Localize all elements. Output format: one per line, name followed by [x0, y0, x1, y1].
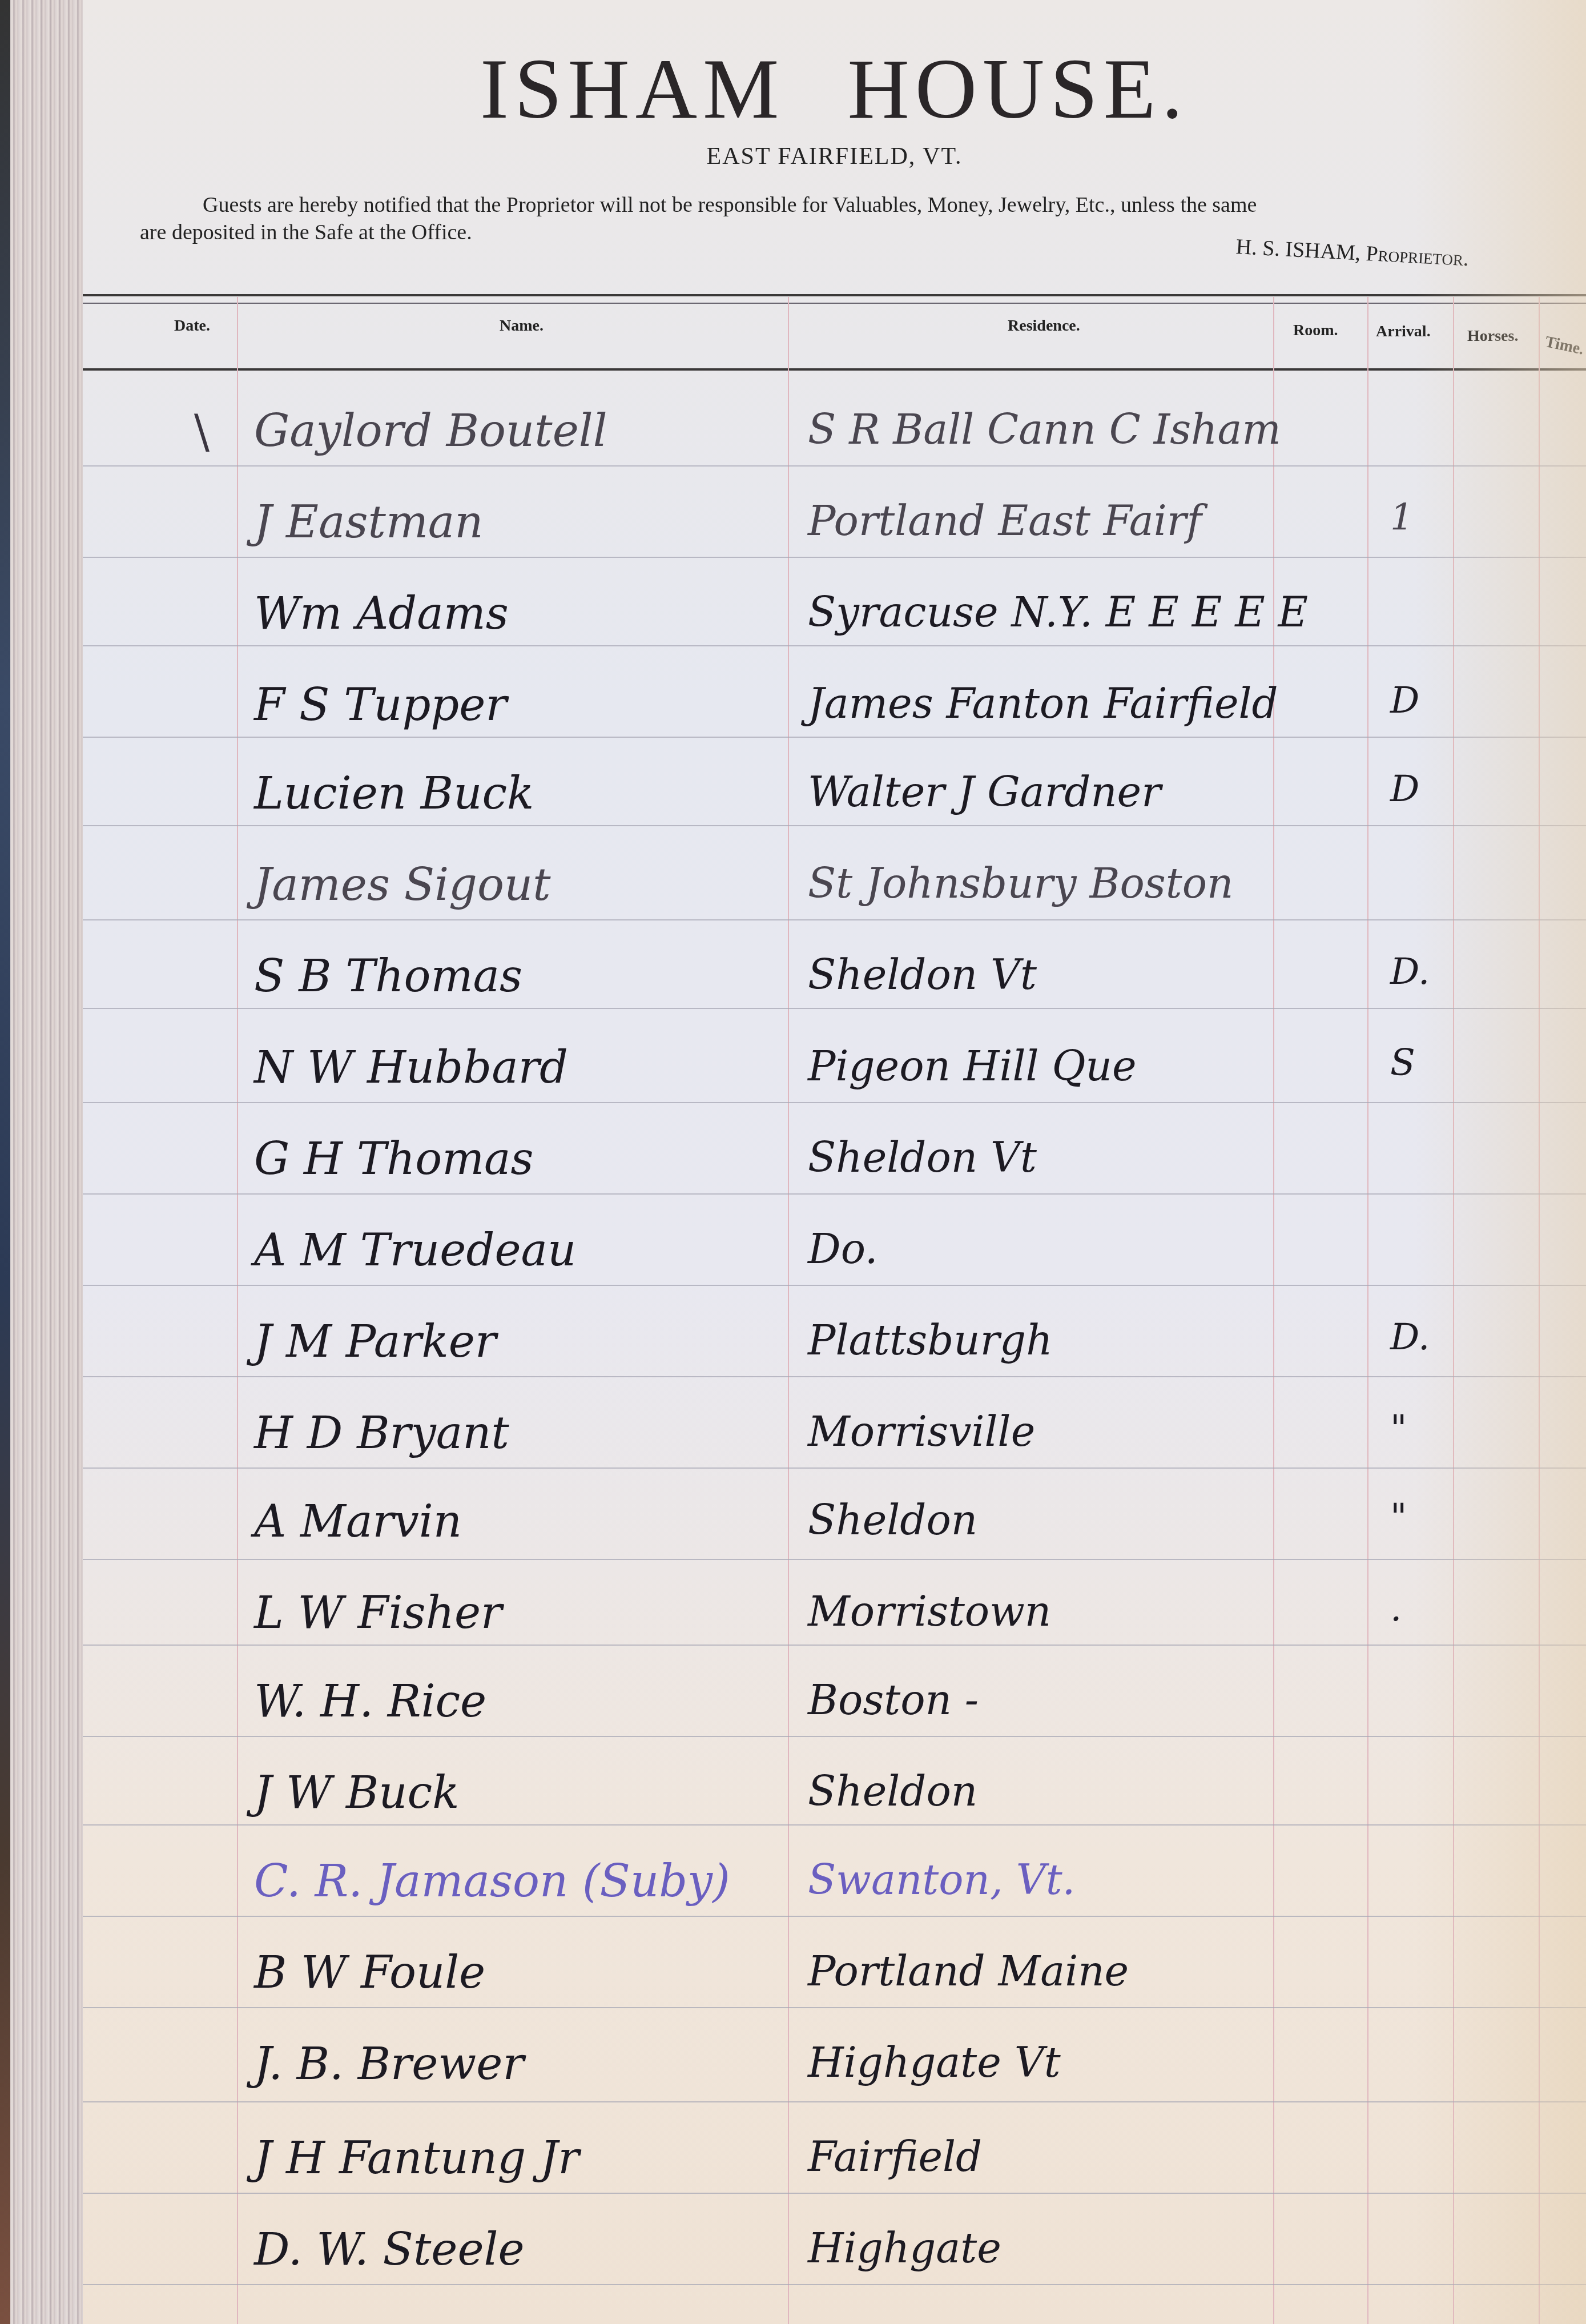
guest-name: L W Fisher — [254, 1587, 502, 1639]
guest-name: J. B. Brewer — [254, 2038, 524, 2090]
header-rule-bottom — [83, 368, 1586, 371]
guest-residence: Do. — [808, 1225, 878, 1273]
guest-residence: Pigeon Hill Que — [808, 1042, 1137, 1090]
guest-residence: S R Ball Cann C Isham — [808, 405, 1281, 453]
guest-residence: Portland East Fairf — [808, 497, 1202, 545]
register-page: ISHAMHOUSE. EAST FAIRFIELD, VT. Guests a… — [83, 0, 1586, 2324]
page-title: ISHAMHOUSE. — [83, 40, 1586, 138]
register-entry: D. W. Steele Highgate — [83, 2224, 1586, 2304]
guest-name: B W Foule — [254, 1947, 485, 1999]
guest-arrival: " — [1390, 1408, 1407, 1450]
register-entry: J Eastman Portland East Fairf 1 — [83, 497, 1586, 577]
guest-residence: Syracuse N.Y. E E E E E — [808, 588, 1308, 636]
guest-name: Lucien Buck — [254, 768, 534, 819]
register-entry: L W Fisher Morristown . — [83, 1587, 1586, 1667]
guest-residence: Plattsburgh — [808, 1316, 1053, 1364]
register-entry: H D Bryant Morrisville " — [83, 1408, 1586, 1487]
guest-residence: Sheldon Vt — [808, 951, 1037, 999]
header-rule-top — [83, 294, 1586, 296]
register-entry: Wm Adams Syracuse N.Y. E E E E E — [83, 588, 1586, 668]
guest-arrival: D. — [1390, 1316, 1430, 1358]
column-header-arrival: Arrival. — [1376, 323, 1431, 341]
guest-arrival: 1 — [1390, 497, 1414, 539]
guest-name: J H Fantung Jr — [254, 2133, 579, 2184]
guest-name: A M Truedeau — [254, 1225, 576, 1276]
register-entry: J M Parker Plattsburgh D. — [83, 1316, 1586, 1396]
column-header-residence: Residence. — [1008, 317, 1080, 335]
guest-arrival: . — [1390, 1587, 1402, 1630]
guest-residence: Highgate Vt — [808, 2038, 1061, 2086]
guest-name: H D Bryant — [254, 1408, 509, 1459]
guest-residence: Morrisville — [808, 1408, 1035, 1455]
guest-name: J M Parker — [254, 1316, 496, 1368]
guest-arrival: D. — [1390, 951, 1430, 993]
register-entry: G H Thomas Sheldon Vt — [83, 1133, 1586, 1213]
register-entry: A M Truedeau Do. — [83, 1225, 1586, 1305]
column-header-row: Date. Name. Residence. Room. Arrival. Ho… — [83, 317, 1586, 357]
guest-residence: Fairfield — [808, 2133, 982, 2181]
guest-residence: Portland Maine — [808, 1947, 1129, 1995]
register-entry: A Marvin Sheldon " — [83, 1496, 1586, 1576]
guest-arrival: S — [1390, 1042, 1415, 1084]
guest-arrival: " — [1390, 1496, 1407, 1538]
guest-residence: Swanton, Vt. — [808, 1856, 1076, 1904]
guest-arrival: D — [1390, 679, 1419, 722]
guest-residence: Highgate — [808, 2224, 1001, 2272]
check-mark: \ — [194, 405, 210, 459]
guest-residence: St Johnsbury Boston — [808, 859, 1233, 907]
column-header-horses: Horses. — [1467, 327, 1518, 345]
header-rule-top-thin — [83, 303, 1586, 304]
register-entry: S B Thomas Sheldon Vt D. — [83, 951, 1586, 1031]
register-entry: F S Tupper James Fanton Fairfield D — [83, 679, 1586, 759]
guest-residence: Boston - — [808, 1676, 979, 1724]
register-entry: \ Gaylord Boutell S R Ball Cann C Isham — [83, 405, 1586, 485]
register-entry: J H Fantung Jr Fairfield — [83, 2133, 1586, 2213]
guest-name: F S Tupper — [254, 679, 507, 731]
guest-name: J Eastman — [254, 497, 484, 548]
column-header-time: Time. — [1543, 333, 1585, 359]
title-word-house: HOUSE. — [847, 42, 1189, 136]
notice-line-2: are deposited in the Safe at the Office. — [140, 220, 472, 244]
guest-notice: Guests are hereby notified that the Prop… — [140, 191, 1556, 246]
register-entry: B W Foule Portland Maine — [83, 1947, 1586, 2027]
guest-residence: Sheldon — [808, 1767, 977, 1815]
guest-name: W. H. Rice — [254, 1676, 486, 1727]
guest-residence: James Fanton Fairfield — [808, 679, 1278, 727]
location-subtitle: EAST FAIRFIELD, VT. — [83, 143, 1586, 170]
guest-name: Wm Adams — [254, 588, 509, 640]
register-entry: Lucien Buck Walter J Gardner D — [83, 768, 1586, 848]
guest-name: N W Hubbard — [254, 1042, 568, 1093]
register-entry: W. H. Rice Boston - — [83, 1676, 1586, 1756]
guest-name: D. W. Steele — [254, 2224, 525, 2275]
guest-name: C. R. Jamason (Suby) — [254, 1856, 730, 1907]
guest-name: James Sigout — [254, 859, 551, 911]
title-word-isham: ISHAM — [480, 42, 784, 136]
guest-residence: Sheldon Vt — [808, 1133, 1037, 1181]
guest-residence: Walter J Gardner — [808, 768, 1161, 816]
guest-arrival: D — [1390, 768, 1419, 810]
register-entry: C. R. Jamason (Suby) Swanton, Vt. — [83, 1856, 1586, 1936]
guest-residence: Morristown — [808, 1587, 1051, 1635]
column-header-date: Date. — [174, 317, 210, 335]
register-entry: J W Buck Sheldon — [83, 1767, 1586, 1847]
guest-name: S B Thomas — [254, 951, 522, 1002]
guest-residence: Sheldon — [808, 1496, 977, 1544]
notice-line-1: Guests are hereby notified that the Prop… — [140, 191, 1556, 219]
book-page-edges — [0, 0, 86, 2324]
register-entry: N W Hubbard Pigeon Hill Que S — [83, 1042, 1586, 1122]
guest-name: A Marvin — [254, 1496, 462, 1547]
column-header-name: Name. — [500, 317, 544, 335]
register-entry: James Sigout St Johnsbury Boston — [83, 859, 1586, 939]
register-entry: J. B. Brewer Highgate Vt — [83, 2038, 1586, 2118]
column-header-room: Room. — [1293, 321, 1338, 340]
guest-name: Gaylord Boutell — [254, 405, 607, 457]
guest-name: G H Thomas — [254, 1133, 534, 1185]
guest-name: J W Buck — [254, 1767, 460, 1819]
